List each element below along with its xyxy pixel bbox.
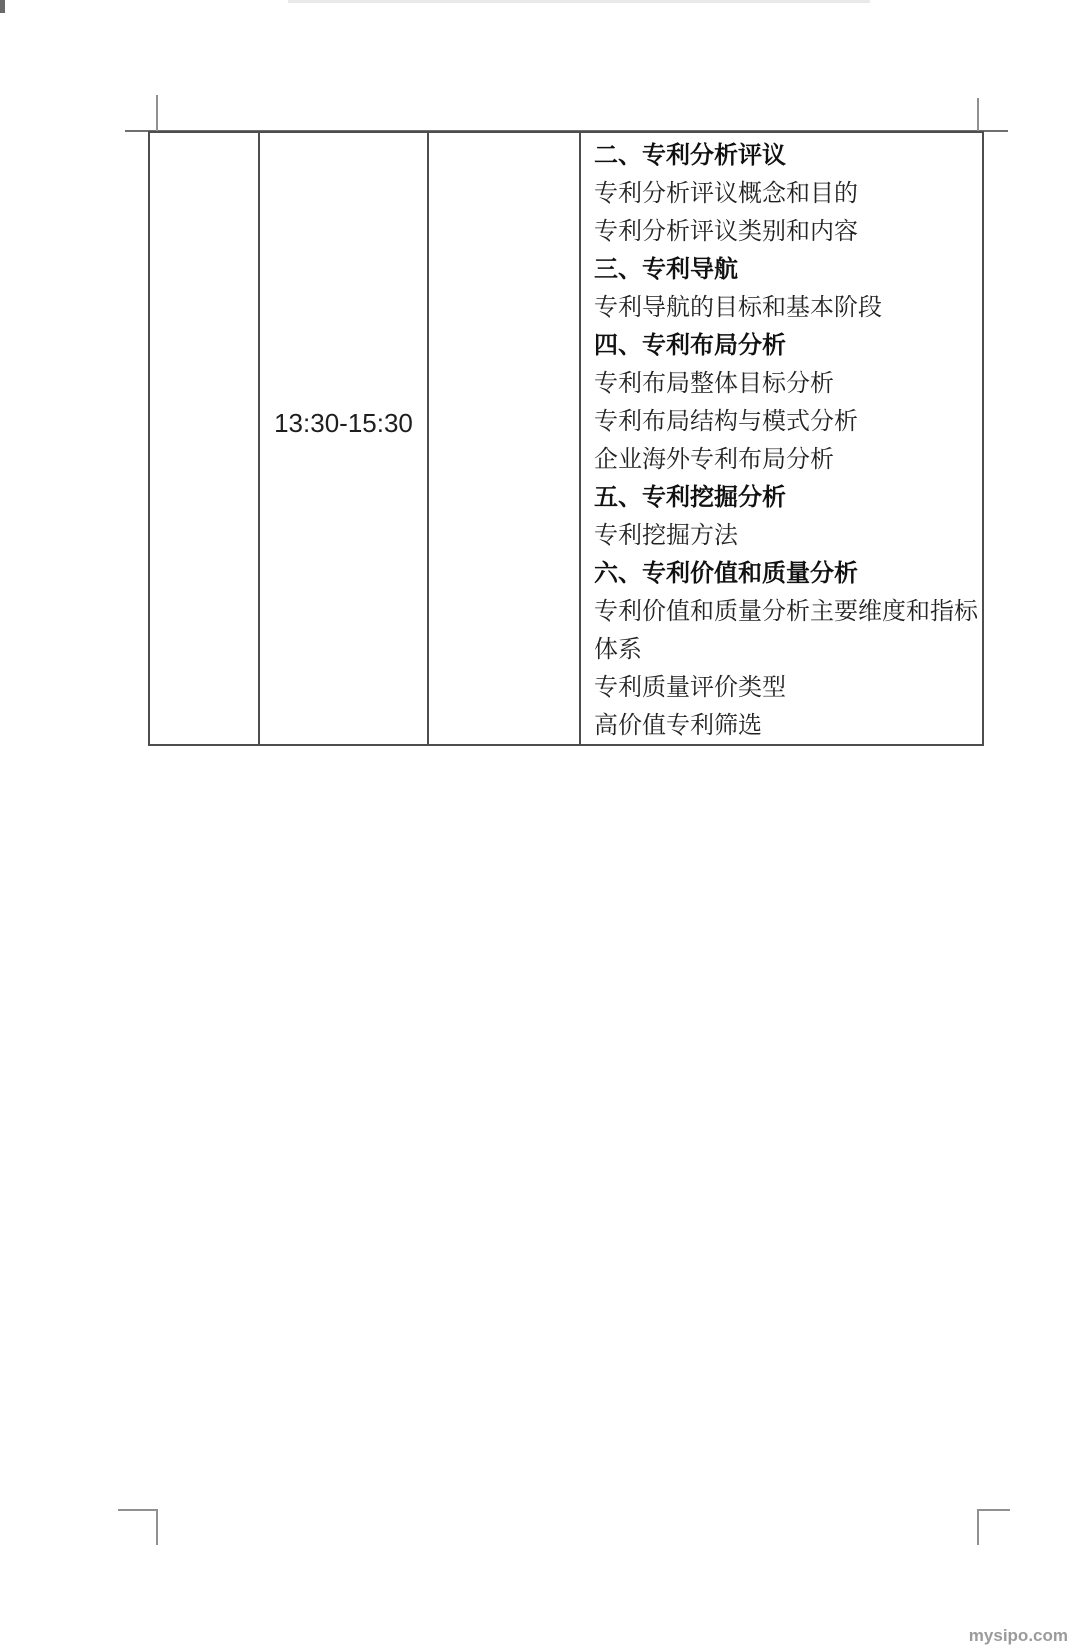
time-range: 13:30-15:30 (274, 408, 413, 439)
content-line: 专利挖掘方法 (594, 517, 982, 555)
content-line-heading: 五、专利挖掘分析 (594, 479, 982, 517)
empty-cell-middle (429, 133, 581, 744)
content-line: 企业海外专利布局分析 (594, 441, 982, 479)
empty-cell-left (150, 133, 260, 744)
content-line: 专利布局结构与模式分析 (594, 403, 982, 441)
previous-page-edge (288, 0, 870, 3)
content-line: 专利分析评议类别和内容 (594, 213, 982, 251)
margin-mark-bottom-right-horizontal (977, 1509, 1010, 1511)
schedule-table: 13:30-15:30 二、专利分析评议 专利分析评议概念和目的 专利分析评议类… (148, 131, 984, 746)
document-page: 13:30-15:30 二、专利分析评议 专利分析评议概念和目的 专利分析评议类… (0, 0, 1078, 1652)
content-line: 体系 (594, 631, 982, 669)
content-line: 专利价值和质量分析主要维度和指标 (594, 593, 982, 631)
content-cell: 二、专利分析评议 专利分析评议概念和目的 专利分析评议类别和内容 三、专利导航 … (581, 133, 982, 744)
content-line: 专利导航的目标和基本阶段 (594, 289, 982, 327)
content-line: 专利分析评议概念和目的 (594, 175, 982, 213)
margin-mark-bottom-left-vertical (156, 1509, 158, 1545)
content-line-heading: 二、专利分析评议 (594, 137, 982, 175)
content-line: 专利质量评价类型 (594, 669, 982, 707)
time-cell: 13:30-15:30 (260, 133, 429, 744)
content-line: 专利布局整体目标分析 (594, 365, 982, 403)
margin-mark-bottom-right-vertical (977, 1509, 979, 1545)
watermark: mysipo.com (969, 1626, 1068, 1646)
screen-corner-artifact (0, 0, 5, 13)
content-line-heading: 六、专利价值和质量分析 (594, 555, 982, 593)
margin-mark-top-right (977, 98, 979, 132)
content-line: 高价值专利筛选 (594, 707, 982, 744)
margin-mark-bottom-left-horizontal (118, 1509, 158, 1511)
content-line-heading: 四、专利布局分析 (594, 327, 982, 365)
margin-mark-top-left (156, 95, 158, 131)
content-line-heading: 三、专利导航 (594, 251, 982, 289)
